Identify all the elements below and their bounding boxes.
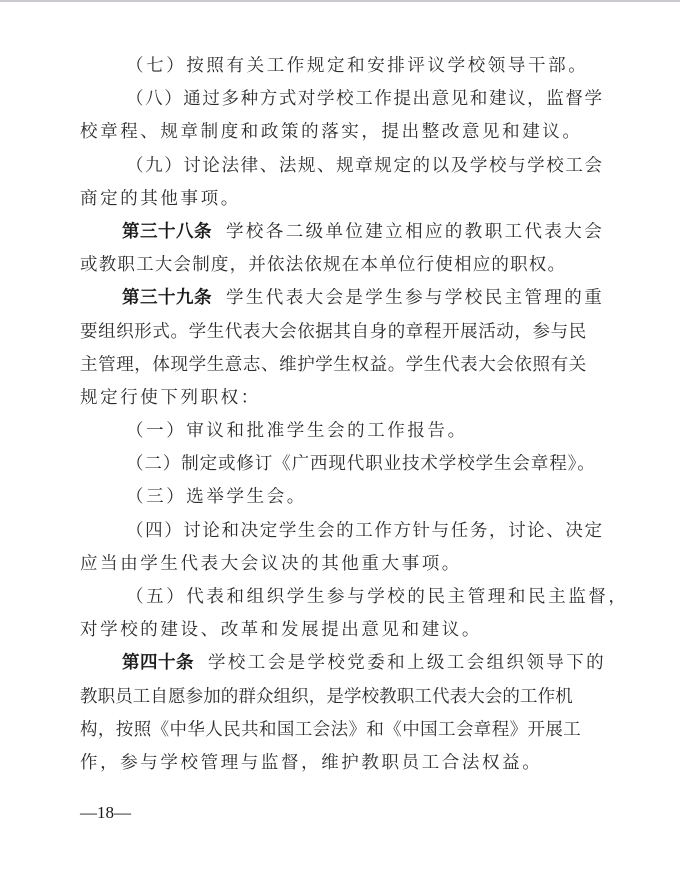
item-4-line-2: 应当由学生代表大会议决的其他重大事项。: [80, 548, 602, 581]
article-38-line-2: 或教职工大会制度，并依法依规在本单位行使相应的职权。: [80, 249, 602, 282]
article-39-line-4: 规定行使下列职权：: [80, 382, 602, 415]
top-border: [0, 0, 680, 2]
item-7-line-1: （七）按照有关工作规定和安排评议学校领导干部。: [80, 50, 602, 83]
item-5-line-1: （五）代表和组织学生参与学校的民主管理和民主监督，: [80, 581, 602, 614]
item-8-line-2: 校章程、规章制度和政策的落实，提出整改意见和建议。: [80, 116, 602, 149]
article-39-text: 学生代表大会是学生参与学校民主管理的重: [226, 288, 604, 308]
item-3: （三）选举学生会。: [80, 481, 602, 514]
article-39-line-2: 要组织形式。学生代表大会依据其自身的章程开展活动，参与民: [80, 316, 602, 349]
item-9-line-1: （九）讨论法律、法规、规章规定的以及学校与学校工会: [80, 150, 602, 183]
document-page: （七）按照有关工作规定和安排评议学校领导干部。 （八）通过多种方式对学校工作提出…: [80, 50, 602, 780]
article-40-line-4: 作，参与学校管理与监督，维护教职员工合法权益。: [80, 747, 602, 780]
article-40-heading: 第四十条: [122, 653, 194, 673]
item-9-line-2: 商定的其他事项。: [80, 183, 602, 216]
article-38-text: 学校各二级单位建立相应的教职工代表大会: [226, 222, 604, 242]
article-39-heading: 第三十九条: [122, 288, 212, 308]
item-1: （一）审议和批准学生会的工作报告。: [80, 415, 602, 448]
article-39-line-3: 主管理，体现学生意志、维护学生权益。学生代表大会依照有关: [80, 349, 602, 382]
article-39-line-1: 第三十九条学生代表大会是学生参与学校民主管理的重: [80, 282, 602, 315]
article-40-line-1: 第四十条学校工会是学校党委和上级工会组织领导下的: [80, 647, 602, 680]
article-40-text: 学校工会是学校党委和上级工会组织领导下的: [208, 653, 606, 673]
page-number: —18—: [80, 803, 131, 823]
article-40-line-3: 构，按照《中华人民共和国工会法》和《中国工会章程》开展工: [80, 714, 602, 747]
item-2: （二）制定或修订《广西现代职业技术学校学生会章程》。: [80, 448, 602, 481]
item-5-line-2: 对学校的建设、改革和发展提出意见和建议。: [80, 614, 602, 647]
article-38-line-1: 第三十八条学校各二级单位建立相应的教职工代表大会: [80, 216, 602, 249]
article-38-heading: 第三十八条: [122, 222, 212, 242]
item-8-line-1: （八）通过多种方式对学校工作提出意见和建议，监督学: [80, 83, 602, 116]
item-4-line-1: （四）讨论和决定学生会的工作方针与任务，讨论、决定: [80, 515, 602, 548]
article-40-line-2: 教职员工自愿参加的群众组织，是学校教职工代表大会的工作机: [80, 681, 602, 714]
